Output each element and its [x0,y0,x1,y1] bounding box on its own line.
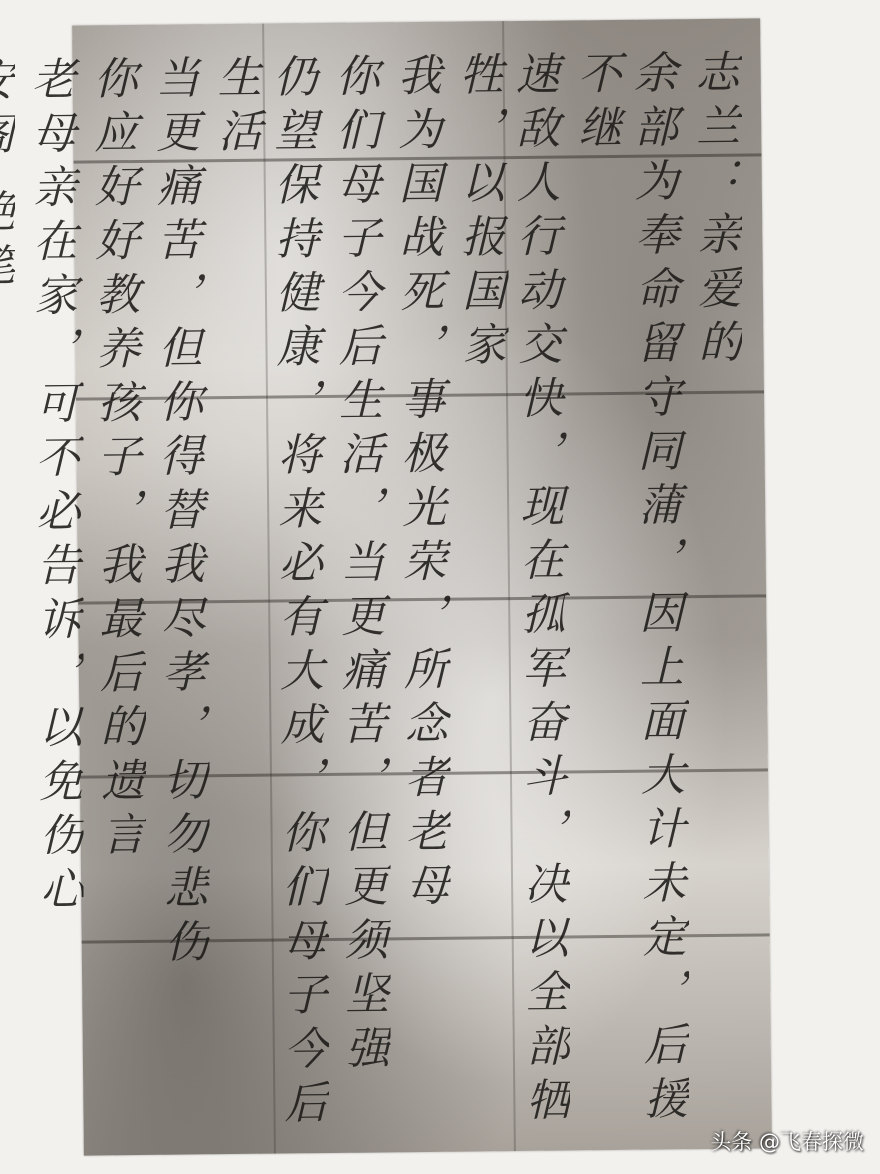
letter-column: 你们母子今后生活，当更痛苦，但更须坚强 [324,52,391,1133]
letter-column: 你应好好教养孩子，我最后的遗言 [82,55,149,1136]
letter-column: 余部为奉命留守同蒲，因上面大计未定，后援不继 [566,49,689,1130]
letter-column: 速敌人行动交快，现在孤军奋斗，决以全部牺牲，以报国家 [448,51,571,1132]
watermark: 头条 @飞春探微 [710,1126,864,1156]
letter-text: 志兰：亲爱的 余部为奉命留守同蒲，因上面大计未定，后援不继 速敌人行动交快，现在… [92,49,751,1136]
letter-column: 当更痛苦，但你得替我尽孝，切勿悲伤 [144,54,211,1135]
letter-column: 老母亲在家，可不必告诉，以免伤心 [20,56,87,1137]
letter-column: 我为国战死，事极光荣，所念者老母 [386,52,453,1133]
letter-column: 志兰：亲爱的 [684,49,751,1130]
letter-column: 仍望保持健康，将来必有大成，你们母子今后生活 [206,53,329,1134]
letter-paper: 志兰：亲爱的 余部为奉命留守同蒲，因上面大计未定，后援不继 速敌人行动交快，现在… [72,18,772,1155]
